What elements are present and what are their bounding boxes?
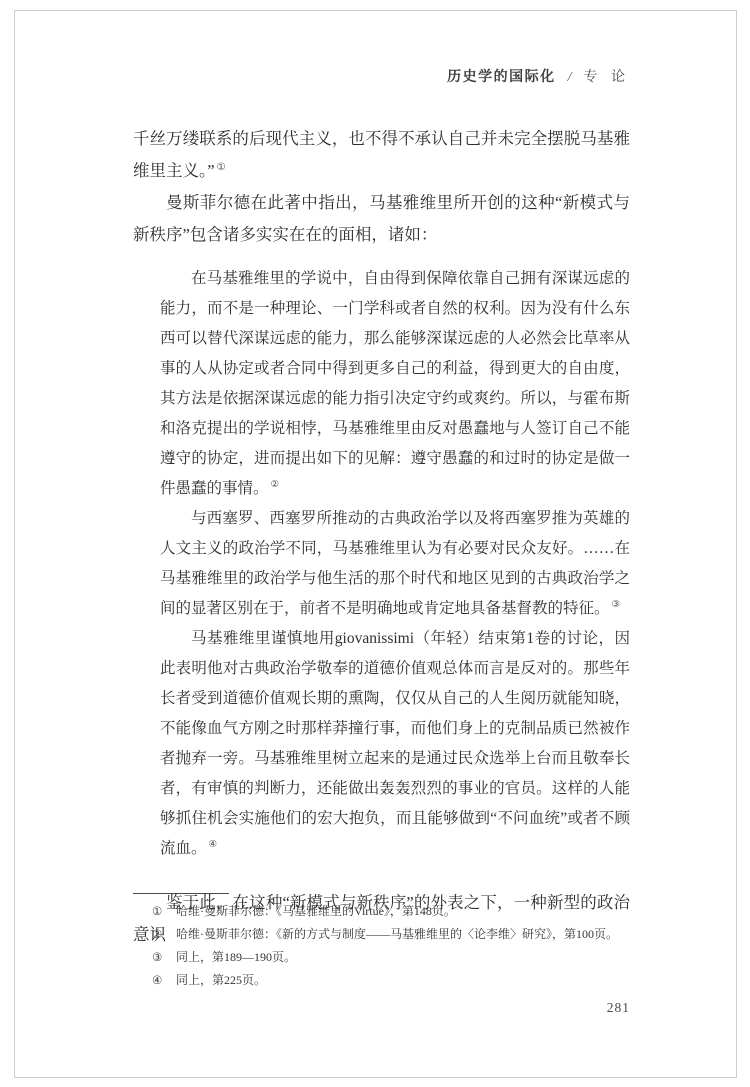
section-title: 专 论 bbox=[584, 70, 631, 85]
footnote-marker-3: ③ bbox=[152, 947, 176, 969]
footnote-ref-3: ③ bbox=[612, 600, 620, 610]
paragraph-continuation-text: 千丝万缕联系的后现代主义，也不得不承认自己并未完全摆脱马基雅维里主义。” bbox=[133, 129, 630, 180]
footnote-item-2: ②哈维·曼斯菲尔德：《新的方式与制度——马基雅维里的〈论李维〉研究》，第100页… bbox=[152, 923, 630, 946]
footnote-text-2: 哈维·曼斯菲尔德：《新的方式与制度——马基雅维里的〈论李维〉研究》，第100页。 bbox=[176, 927, 618, 941]
quote-paragraph-2-text: 与西塞罗、西塞罗所推动的古典政治学以及将西塞罗推为英雄的人文主义的政治学不同，马… bbox=[160, 510, 630, 617]
quote-paragraph-3: 马基雅维里谨慎地用giovanissimi（年轻）结束第1卷的讨论，因此表明他对… bbox=[160, 624, 630, 864]
paragraph-intro: 曼斯菲尔德在此著中指出，马基雅维里所开创的这种“新模式与新秩序”包含诸多实实在在… bbox=[133, 187, 630, 251]
footnote-marker-1: ① bbox=[152, 901, 176, 923]
footnote-item-3: ③同上，第189—190页。 bbox=[152, 946, 630, 969]
footnote-text-1: 哈维·曼斯菲尔德：《马基雅维里的Virtue》，第148页。 bbox=[176, 904, 456, 918]
footnote-text-3: 同上，第189—190页。 bbox=[176, 950, 296, 964]
footnote-text-4: 同上，第225页。 bbox=[176, 973, 266, 987]
quote-paragraph-2: 与西塞罗、西塞罗所推动的古典政治学以及将西塞罗推为英雄的人文主义的政治学不同，马… bbox=[160, 504, 630, 624]
footnote-marker-4: ④ bbox=[152, 970, 176, 992]
footnote-ref-1: ① bbox=[217, 162, 226, 173]
quote-paragraph-3-text: 马基雅维里谨慎地用giovanissimi（年轻）结束第1卷的讨论，因此表明他对… bbox=[160, 630, 630, 857]
paragraph-continuation: 千丝万缕联系的后现代主义，也不得不承认自己并未完全摆脱马基雅维里主义。”① bbox=[133, 123, 630, 187]
footnote-list: ①哈维·曼斯菲尔德：《马基雅维里的Virtue》，第148页。 ②哈维·曼斯菲尔… bbox=[152, 900, 630, 992]
footnote-ref-4: ④ bbox=[209, 840, 217, 850]
footnote-item-1: ①哈维·曼斯菲尔德：《马基雅维里的Virtue》，第148页。 bbox=[152, 900, 630, 923]
footnote-ref-2: ② bbox=[271, 480, 279, 490]
quote-paragraph-1-text: 在马基雅维里的学说中，自由得到保障依靠自己拥有深谋远虑的能力，而不是一种理论、一… bbox=[160, 270, 630, 497]
footnote-divider bbox=[133, 893, 229, 894]
page-number: 281 bbox=[133, 1000, 630, 1016]
footnote-item-4: ④同上，第225页。 bbox=[152, 969, 630, 992]
journal-title: 历史学的国际化 bbox=[447, 70, 556, 85]
footnote-marker-2: ② bbox=[152, 924, 176, 946]
text-column: 千丝万缕联系的后现代主义，也不得不承认自己并未完全摆脱马基雅维里主义。”① 曼斯… bbox=[133, 123, 630, 951]
block-quote: 在马基雅维里的学说中，自由得到保障依靠自己拥有深谋远虑的能力，而不是一种理论、一… bbox=[160, 264, 630, 864]
quote-paragraph-1: 在马基雅维里的学说中，自由得到保障依靠自己拥有深谋远虑的能力，而不是一种理论、一… bbox=[160, 264, 630, 504]
book-page: { "header": { "journal_title": "历史学的国际化"… bbox=[0, 0, 750, 1087]
header-separator: / bbox=[568, 70, 572, 85]
running-head: 历史学的国际化/专 论 bbox=[133, 66, 630, 86]
